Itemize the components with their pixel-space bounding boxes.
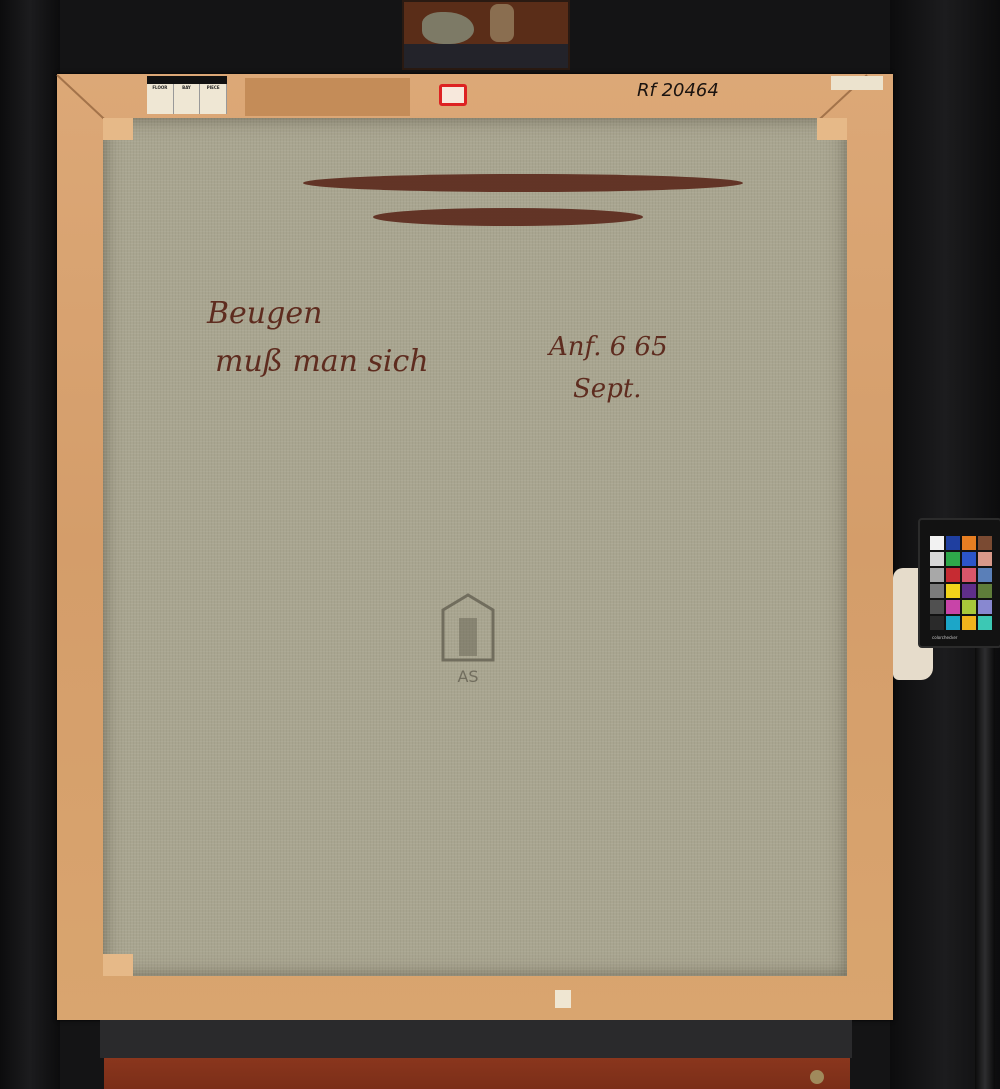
background-curtain-left <box>0 0 60 1089</box>
svg-text:AS: AS <box>457 667 478 686</box>
date-line1: Anf. 6 65 <box>549 332 668 362</box>
easel-base-wood <box>104 1058 850 1089</box>
color-patch <box>946 600 960 614</box>
clamp-putty <box>422 12 474 44</box>
red-tag <box>439 84 467 106</box>
color-patch <box>930 584 944 598</box>
color-patch <box>930 568 944 582</box>
color-patch <box>962 552 976 566</box>
color-patch <box>946 552 960 566</box>
inventory-number: Rf 20464 <box>637 80 719 101</box>
color-patch <box>978 536 992 550</box>
label-bay: BAY <box>174 84 201 114</box>
corner-key-tl <box>103 118 133 140</box>
color-patch <box>978 552 992 566</box>
corner-key-tr <box>817 118 847 140</box>
color-patch <box>978 616 992 630</box>
label-floor: FLOOR <box>147 84 174 114</box>
color-patch <box>978 600 992 614</box>
color-patch <box>930 536 944 550</box>
color-patch <box>946 584 960 598</box>
clamp-knob <box>490 4 514 42</box>
struck-inscription-line2 <box>373 208 643 226</box>
color-patch <box>930 616 944 630</box>
color-patch <box>930 552 944 566</box>
color-patch-grid <box>930 536 992 630</box>
color-patch <box>962 568 976 582</box>
color-patch <box>962 600 976 614</box>
color-patch <box>978 584 992 598</box>
color-patch <box>946 536 960 550</box>
color-patch <box>930 600 944 614</box>
color-patch <box>946 616 960 630</box>
color-patch <box>962 536 976 550</box>
stretcher-frame: FLOOR BAY PIECE Rf 20464 Beugen muß man … <box>57 74 893 1020</box>
color-patch <box>978 568 992 582</box>
easel-top-clamp <box>402 0 570 70</box>
paper-chip <box>555 990 571 1008</box>
canvas-back: Beugen muß man sich Anf. 6 65 Sept. AS <box>103 118 847 976</box>
corner-key-bl <box>103 954 133 976</box>
inscription-line1: Beugen <box>207 296 322 331</box>
canvas-texture <box>103 118 847 976</box>
color-patch <box>962 616 976 630</box>
color-patch <box>962 584 976 598</box>
clamp-bar <box>404 44 568 68</box>
struck-inscription-line1 <box>303 174 743 192</box>
color-patch <box>946 568 960 582</box>
miter-joint-tl <box>56 74 106 120</box>
color-checker-stand <box>975 640 995 1089</box>
easel-knob <box>810 1070 824 1084</box>
small-paper-label <box>831 76 883 90</box>
easel-ledge <box>100 1020 852 1058</box>
label-piece: PIECE <box>200 84 227 114</box>
date-line2: Sept. <box>573 374 642 404</box>
inscription-line2: muß man sich <box>215 344 429 379</box>
wood-patch <box>245 78 410 116</box>
checker-brand: colorchecker <box>932 635 957 640</box>
location-label: FLOOR BAY PIECE <box>147 76 227 114</box>
color-checker-card: colorchecker <box>918 518 1000 648</box>
artist-supply-stamp: AS <box>413 590 523 690</box>
